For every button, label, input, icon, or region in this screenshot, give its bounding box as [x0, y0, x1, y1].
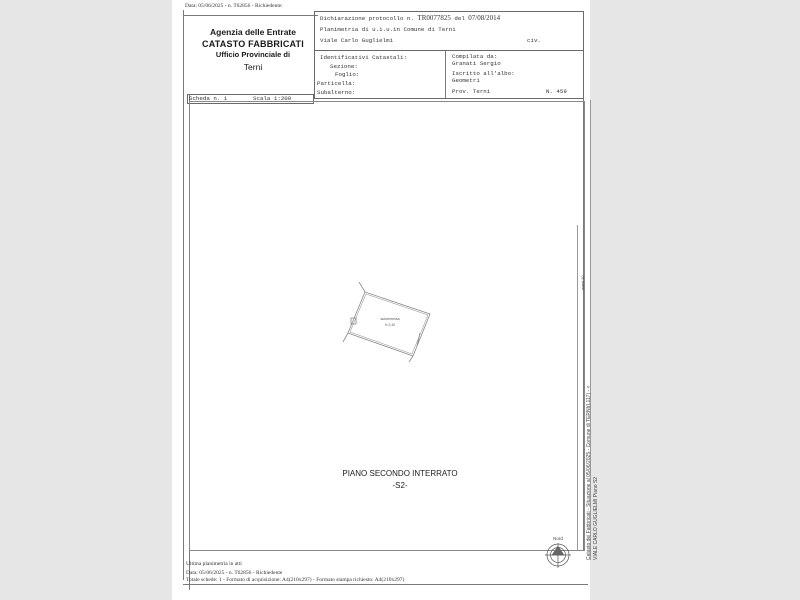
prov-label: Prov. Terni [452, 88, 490, 95]
identifiers-divider [445, 50, 446, 98]
room-name: autorimessa [380, 317, 399, 321]
footer-totals-line: Totale schede: 1 - Formato di acquisizio… [186, 577, 404, 583]
floor-plan-room: autorimessa H 2.40 [335, 278, 445, 363]
scale-ruler [577, 225, 578, 550]
planimetry-line: Planimetria di u.i.u.in Comune di Terni [320, 26, 456, 33]
top-caption: Data: 05/06/2025 - n. T62856 - Richieden… [185, 3, 283, 9]
identifiers-title: Identificativi Catastali: [320, 54, 407, 61]
foglio-label: Foglio: [335, 71, 359, 78]
agency-block: Agenzia delle Entrate CATASTO FABBRICATI… [188, 27, 318, 72]
footer-rule [183, 584, 588, 585]
floor-label: PIANO SECONDO INTERRATO -S2- [300, 468, 500, 492]
floor-code: -S2- [300, 480, 500, 492]
catasto-title: CATASTO FABBRICATI [188, 39, 318, 49]
protocol-number: TR0077825 [417, 14, 450, 22]
declaration-line: Dichiarazione protocollo n. TR0077825 de… [320, 14, 500, 22]
declaration-label: Dichiarazione protocollo n. [320, 15, 414, 22]
scale-ruler-label: metri 10 [580, 276, 585, 290]
particella-label: Particella: [317, 80, 355, 87]
last-plan-label: Ultima planimetria in atti [186, 561, 242, 567]
room-height: H 2.40 [385, 323, 395, 327]
address-line: Viale Carlo Guglielmi [320, 37, 393, 44]
sezione-label: Sezione: [330, 63, 358, 70]
side-text-line1: Catasto dei Fabbricati - Situazione al 0… [586, 386, 592, 561]
agency-name: Agenzia delle Entrate [188, 27, 318, 37]
floor-title: PIANO SECONDO INTERRATO [300, 468, 500, 480]
n-label: N. 459 [546, 88, 567, 95]
iscritto-value: Geometri [452, 77, 480, 84]
footer-date-line: Data: 05/06/2025 - n. T62856 - Richieden… [186, 570, 282, 576]
frame-top [183, 15, 318, 16]
declaration-del: del [454, 15, 464, 22]
frame-left-outer [183, 10, 184, 580]
north-arrow-icon: Nord [540, 534, 576, 574]
iscritto-label: Iscritto all'albo: [452, 70, 515, 77]
civ-label: civ. [527, 37, 541, 44]
north-label: Nord [553, 536, 563, 541]
compilata-label: Compilata da: [452, 53, 497, 60]
ufficio-label: Ufficio Provinciale di [188, 50, 318, 59]
ufficio-city: Terni [188, 62, 318, 72]
side-text-line2: VIALE CARLO GUGLIELMI Piano S2 [593, 477, 599, 560]
subalterno-label: Subalterno: [317, 89, 355, 96]
compilata-value: Granati Sergio [452, 60, 501, 67]
declaration-date: 07/08/2014 [468, 14, 500, 22]
